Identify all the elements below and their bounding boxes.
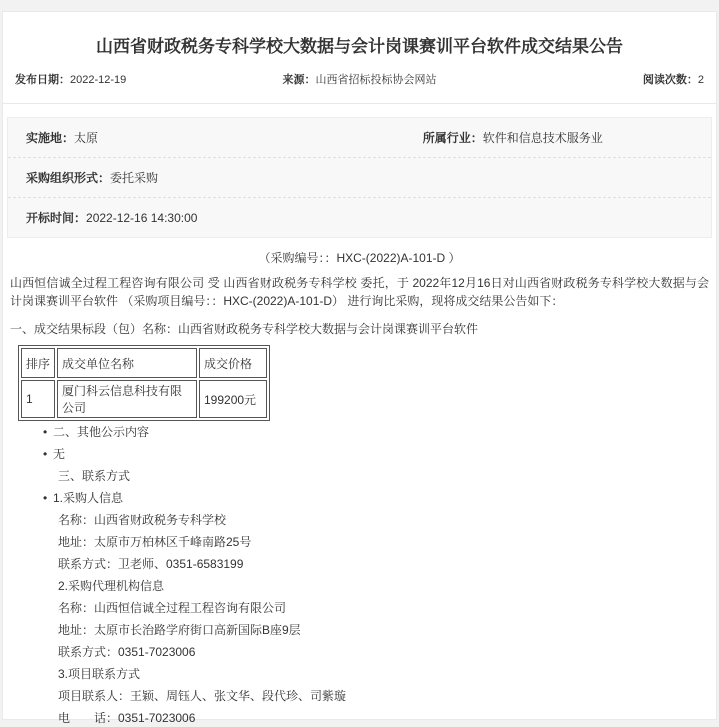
project-info-box: 实施地：太原 所属行业：软件和信息技术服务业 采购组织形式：委托采购 开标时间：… (7, 117, 712, 238)
project-heading: 3.项目联系方式 (10, 667, 709, 681)
publish-date-label: 发布日期： (15, 74, 70, 86)
source-value: 山西省招标投标协会网站 (316, 74, 437, 86)
purchaser-address: 地址：太原市万柏林区千峰南路25号 (10, 535, 709, 549)
agency-heading: 2.采购代理机构信息 (10, 579, 709, 593)
agency-contact: 联系方式：0351-7023006 (10, 645, 709, 659)
contact-details-list: 二、其他公示内容 无 三、联系方式 1.采购人信息 名称：山西省财政税务专科学校… (10, 425, 709, 725)
source: 来源：山西省招标投标协会网站 (245, 71, 475, 87)
info-row-implementation: 实施地：太原 所属行业：软件和信息技术服务业 (8, 118, 711, 158)
section3-heading: 三、联系方式 (10, 469, 709, 483)
info-row-bid-open-time: 开标时间：2022-12-16 14:30:00 (8, 198, 711, 237)
publish-date-value: 2022-12-19 (70, 74, 126, 86)
view-count: 阅读次数：2 (474, 71, 704, 87)
project-phone: 电 话：0351-7023006 (10, 711, 709, 725)
industry-label: 所属行业： (423, 131, 483, 145)
project-contacts: 项目联系人：王颖、周钰人、张文华、段代珍、司紫璇 (10, 689, 709, 703)
result-cell-rank: 1 (21, 380, 55, 418)
result-cell-price: 199200元 (199, 380, 267, 418)
result-table: 排序 成交单位名称 成交价格 1 厦门科云信息科技有限公司 199200元 (18, 345, 270, 421)
section2-content: 无 (10, 447, 709, 461)
purchaser-contact: 联系方式：卫老师、0351-6583199 (10, 557, 709, 571)
industry-field: 所属行业：软件和信息技术服务业 (423, 129, 603, 146)
article-body: （采购编号：：HXC-(2022)A-101-D ） 山西恒信诚全过程工程咨询有… (3, 249, 716, 725)
org-form-value: 委托采购 (110, 171, 158, 185)
intro-paragraph: 山西恒信诚全过程工程咨询有限公司 受 山西省财政税务专科学校 委托，于 2022… (10, 274, 709, 310)
purchaser-name: 名称：山西省财政税务专科学校 (10, 513, 709, 527)
procurement-number-line: （采购编号：：HXC-(2022)A-101-D ） (10, 249, 709, 266)
industry-value: 软件和信息技术服务业 (483, 131, 603, 145)
result-header-supplier: 成交单位名称 (57, 348, 197, 378)
result-header-rank: 排序 (21, 348, 55, 378)
agency-address: 地址：太原市长治路学府街口高新国际B座9层 (10, 623, 709, 637)
section2-heading: 二、其他公示内容 (10, 425, 709, 439)
implementation-value: 太原 (74, 131, 98, 145)
implementation-label: 实施地： (26, 131, 74, 145)
announcement-page: 山西省财政税务专科学校大数据与会计岗课赛训平台软件成交结果公告 发布日期：202… (2, 11, 717, 720)
result-header-price: 成交价格 (199, 348, 267, 378)
page-title: 山西省财政税务专科学校大数据与会计岗课赛训平台软件成交结果公告 (3, 12, 716, 57)
result-table-header-row: 排序 成交单位名称 成交价格 (21, 348, 267, 378)
bid-open-time-value: 2022-12-16 14:30:00 (86, 211, 197, 225)
purchaser-heading: 1.采购人信息 (10, 491, 709, 505)
org-form-label: 采购组织形式： (26, 171, 110, 185)
result-table-row: 1 厦门科云信息科技有限公司 199200元 (21, 380, 267, 418)
bid-open-time-label: 开标时间： (26, 211, 86, 225)
result-cell-supplier: 厦门科云信息科技有限公司 (57, 380, 197, 418)
article-meta-row: 发布日期：2022-12-19 来源：山西省招标投标协会网站 阅读次数：2 (3, 57, 716, 104)
view-count-value: 2 (698, 74, 704, 86)
publish-date: 发布日期：2022-12-19 (15, 71, 245, 87)
source-label: 来源： (283, 74, 316, 86)
info-row-org-form: 采购组织形式：委托采购 (8, 158, 711, 198)
section1-heading: 一、成交结果标段（包）名称：山西省财政税务专科学校大数据与会计岗课赛训平台软件 (10, 320, 709, 337)
view-count-label: 阅读次数： (643, 74, 698, 86)
agency-name: 名称：山西恒信诚全过程工程咨询有限公司 (10, 601, 709, 615)
